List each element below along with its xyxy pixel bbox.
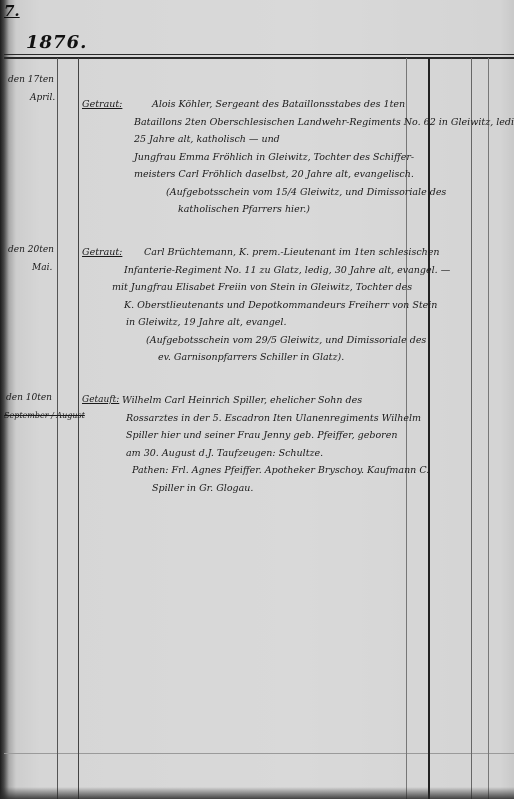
entry-date-day: den 20ten xyxy=(8,242,54,258)
entry-line: in Gleiwitz, 19 Jahre alt, evangel. xyxy=(82,314,450,332)
entry-line: K. Oberstlieutenants und Depotkommandeur… xyxy=(82,297,450,315)
entry-line: Wilhelm Carl Heinrich Spiller, ehelicher… xyxy=(82,392,429,410)
entry-date-month: April. xyxy=(30,90,55,106)
column-rule-date-right xyxy=(57,58,58,799)
entry-line: Alois Köhler, Sergeant des Bataillonssta… xyxy=(82,96,514,114)
entry-date-day: den 10ten xyxy=(6,390,52,406)
entry-line: katholischen Pfarrers hier.) xyxy=(82,201,514,219)
entry-line: mit Jungfrau Elisabet Freiin von Stein i… xyxy=(82,279,450,297)
header-rule-bottom xyxy=(4,57,514,59)
entry-date-day: den 17ten xyxy=(8,72,54,88)
entry-line: Carl Brüchtemann, K. prem.-Lieutenant im… xyxy=(82,244,450,262)
entry-line: (Aufgebotsschein vom 15/4 Gleiwitz, und … xyxy=(82,184,514,202)
register-page: 7. 1876. den 17ten April. Getraut: Alois… xyxy=(0,0,514,799)
entry-line: Spiller hier und seiner Frau Jenny geb. … xyxy=(82,427,429,445)
entry-date-month: Mai. xyxy=(32,260,52,276)
entry-text: Carl Brüchtemann, K. prem.-Lieutenant im… xyxy=(82,244,450,367)
entry-line: meisters Carl Fröhlich daselbst, 20 Jahr… xyxy=(82,166,514,184)
entry-line: 25 Jahre alt, katholisch — und xyxy=(82,131,514,149)
entry-line: Infanterie-Regiment No. 11 zu Glatz, led… xyxy=(82,262,450,280)
footer-rule xyxy=(4,753,514,754)
entry-date-month: September / August xyxy=(4,408,85,424)
entry-line: am 30. August d.J. Taufzeugen: Schultze. xyxy=(82,445,429,463)
year-heading: 1876. xyxy=(26,32,87,53)
entry-line: (Aufgebotsschein vom 29/5 Gleiwitz, und … xyxy=(82,332,450,350)
entry-line: Spiller in Gr. Glogau. xyxy=(82,480,429,498)
entry-line: Pathen: Frl. Agnes Pfeiffer. Apotheker B… xyxy=(82,462,429,480)
header-rule-top xyxy=(4,54,514,55)
folio-number: 7. xyxy=(4,2,20,20)
entry-line: Jungfrau Emma Fröhlich in Gleiwitz, Toch… xyxy=(82,149,514,167)
entry-line: Bataillons 2ten Oberschlesischen Landweh… xyxy=(82,114,514,132)
column-rule-type-left xyxy=(78,58,79,799)
entry-text: Alois Köhler, Sergeant des Bataillonssta… xyxy=(82,96,514,219)
entry-line: Rossarztes in der 5. Escadron Iten Ulane… xyxy=(82,410,429,428)
entry-text: Wilhelm Carl Heinrich Spiller, ehelicher… xyxy=(82,392,429,497)
entry-line: ev. Garnisonpfarrers Schiller in Glatz). xyxy=(82,349,450,367)
